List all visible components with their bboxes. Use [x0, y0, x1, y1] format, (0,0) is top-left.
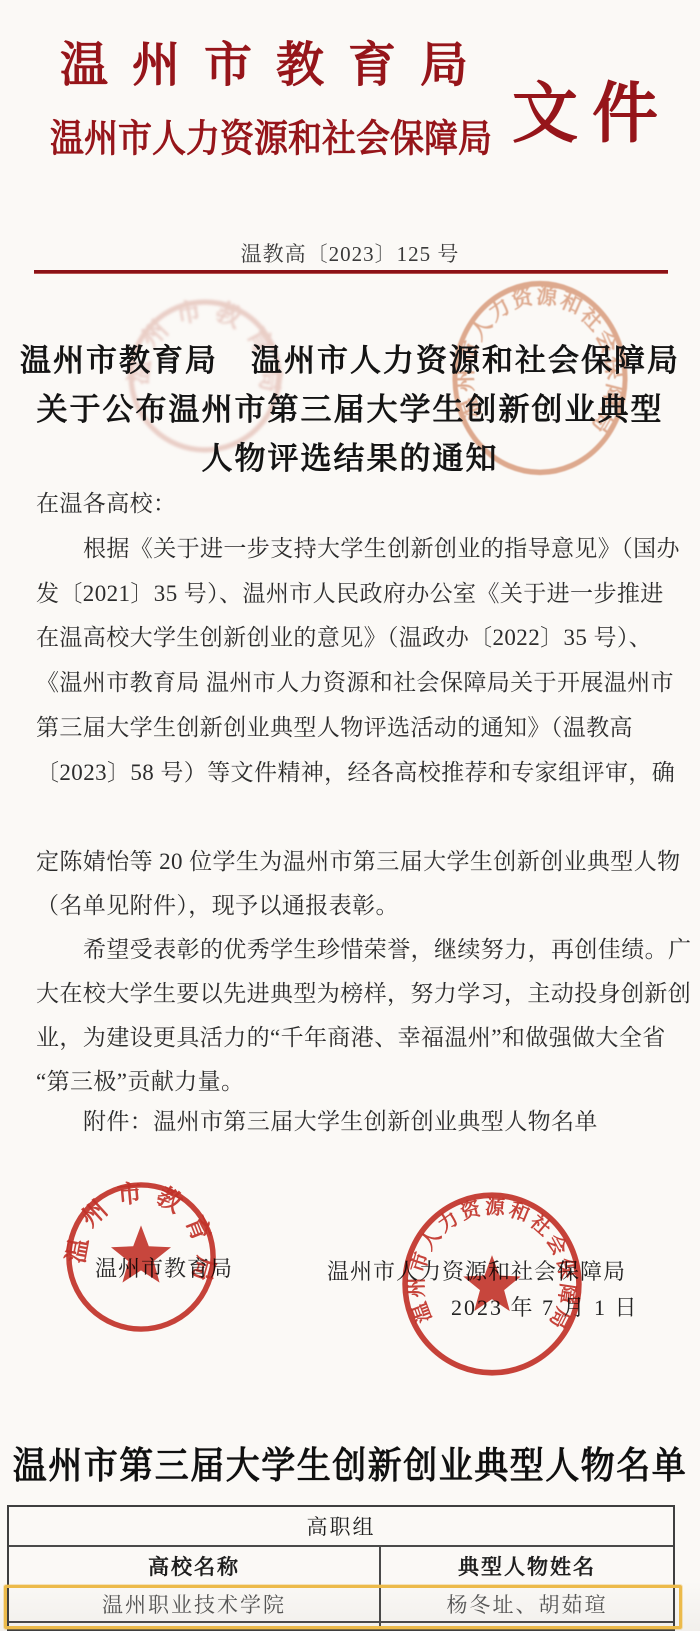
- scanned-official-document: 温州市教育局 文件 温州市人力资源和社会保障局 温教高〔2023〕125 号 温…: [0, 0, 700, 1631]
- school-cell: 温州职业技术学院: [9, 1587, 381, 1621]
- body-line: 发〔2021〕35 号）、温州市人民政府办公室《关于进一步推进: [36, 572, 672, 617]
- body-line: 在温高校大学生创新创业的意见》（温政办〔2022〕35 号）、: [36, 616, 672, 661]
- letterhead-agency-secondary: 温州市人力资源和社会保障局: [50, 108, 492, 163]
- table-row-clipped: [9, 1623, 673, 1629]
- official-seal-education-bureau-icon: 温州市教育局: [62, 1178, 220, 1336]
- body-line: 大在校大学生要以先进典型为榜样，努力学习，主动投身创新创: [36, 972, 672, 1016]
- attachment-note: 附件：温州市第三届大学生创新创业典型人物名单: [36, 1100, 672, 1145]
- column-header-names: 典型人物姓名: [381, 1547, 673, 1585]
- table-row: 温州职业技术学院 杨冬址、胡茹瑄: [9, 1587, 673, 1623]
- title-line-1: 温州市教育局 温州市人力资源和社会保障局: [0, 336, 700, 385]
- letterhead-doc-type: 文件: [512, 60, 672, 155]
- title-line-2: 关于公布温州市第三届大学生创新创业典型: [0, 385, 700, 434]
- seal-star-icon: [111, 1225, 171, 1282]
- red-separator-rule: [34, 270, 668, 274]
- names-cell: 杨冬址、胡茹瑄: [381, 1587, 673, 1621]
- body-line: “第三极”贡献力量。: [36, 1060, 672, 1104]
- document-number: 温教高〔2023〕125 号: [0, 238, 700, 268]
- body-line: 希望受表彰的优秀学生珍惜荣誉，继续努力，再创佳绩。广: [36, 928, 672, 972]
- body-line: （名单见附件），现予以通报表彰。: [36, 884, 672, 928]
- roster-title: 温州市第三届大学生创新创业典型人物名单: [0, 1436, 700, 1489]
- letterhead-agency-primary: 温州市教育局: [60, 26, 492, 95]
- column-header-school: 高校名称: [9, 1547, 381, 1585]
- body-line: 根据《关于进一步支持大学生创新创业的指导意见》（国办: [36, 527, 672, 572]
- seal-star-icon: [463, 1255, 521, 1311]
- title-line-3: 人物评选结果的通知: [0, 434, 700, 483]
- table-group-header: 高职组: [9, 1507, 673, 1545]
- salutation: 在温各高校：: [36, 482, 672, 527]
- body-line: 第三届大学生创新创业典型人物评选活动的通知》（温教高: [36, 706, 672, 751]
- body-line: 〔2023〕58 号）等文件精神，经各高校推荐和专家组评审，确: [36, 751, 672, 796]
- official-seal-hr-bureau-icon: 温州市人力资源和社会保障局: [398, 1188, 586, 1380]
- body-paragraph-1: 在温各高校： 根据《关于进一步支持大学生创新创业的指导意见》（国办 发〔2021…: [36, 482, 672, 796]
- document-title: 温州市教育局 温州市人力资源和社会保障局 关于公布温州市第三届大学生创新创业典型…: [0, 336, 700, 483]
- body-line: 《温州市教育局 温州市人力资源和社会保障局关于开展温州市: [36, 661, 672, 706]
- body-line: 业，为建设更具活力的“千年商港、幸福温州”和做强做大全省: [36, 1016, 672, 1060]
- body-paragraph-2: 定陈婧怡等 20 位学生为温州市第三届大学生创新创业典型人物 （名单见附件），现…: [36, 840, 672, 1104]
- roster-table: 高职组 高校名称 典型人物姓名 温州职业技术学院 杨冬址、胡茹瑄: [7, 1505, 675, 1631]
- body-line: 定陈婧怡等 20 位学生为温州市第三届大学生创新创业典型人物: [36, 840, 672, 884]
